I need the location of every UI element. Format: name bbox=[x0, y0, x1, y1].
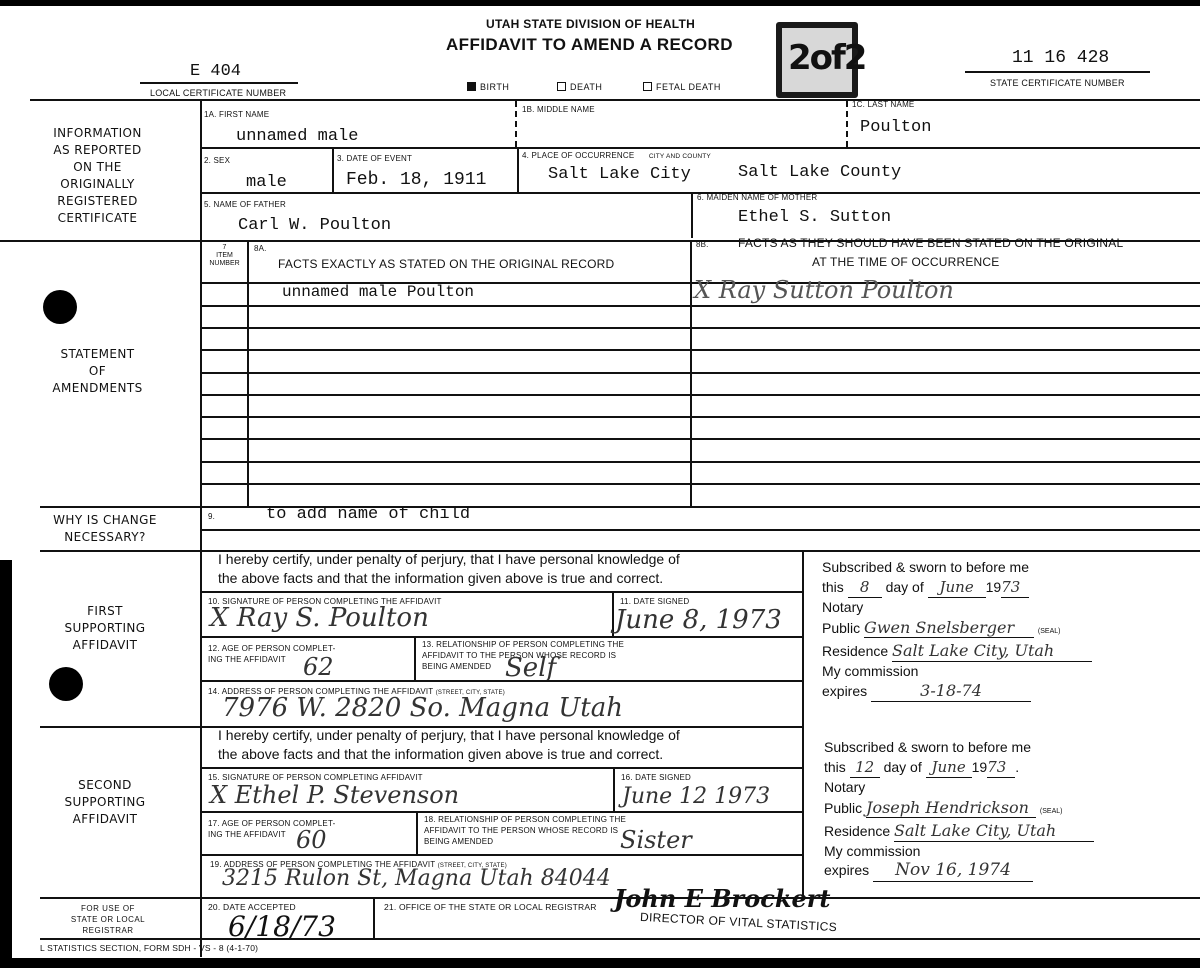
date-of-event-value[interactable]: Feb. 18, 1911 bbox=[346, 170, 486, 190]
divider bbox=[416, 811, 418, 855]
divider bbox=[200, 461, 1200, 463]
divider bbox=[517, 147, 519, 193]
divider bbox=[200, 416, 1200, 418]
local-cert-label: LOCAL CERTIFICATE NUMBER bbox=[150, 88, 286, 98]
item-number-header: 7 ITEM NUMBER bbox=[202, 244, 247, 268]
seal-label: (SEAL) bbox=[1040, 808, 1063, 815]
punch-hole-icon bbox=[43, 290, 77, 324]
scan-border-top bbox=[0, 0, 1200, 6]
agency-name: UTAH STATE DIVISION OF HEALTH bbox=[486, 17, 695, 31]
divider bbox=[200, 327, 1200, 329]
certification-text: I hereby certify, under penalty of perju… bbox=[218, 550, 680, 588]
notary-date-line: this 12 day of June1973. bbox=[824, 758, 1194, 779]
divider bbox=[515, 101, 517, 147]
father-label: 5. NAME OF FATHER bbox=[204, 200, 286, 209]
divider bbox=[200, 767, 802, 769]
record-type-death[interactable]: DEATH bbox=[557, 82, 602, 92]
record-type-fetal-death[interactable]: FETAL DEATH bbox=[643, 82, 721, 92]
last-name-value[interactable]: Poulton bbox=[860, 118, 931, 137]
notary-residence[interactable]: Salt Lake City, Utah bbox=[894, 821, 1094, 842]
last-name-label: 1C. LAST NAME bbox=[852, 100, 914, 109]
divider bbox=[332, 147, 334, 193]
record-type-label: BIRTH bbox=[480, 82, 509, 92]
notary-year[interactable]: 73 bbox=[987, 758, 1015, 779]
place-county-value[interactable]: Salt Lake County bbox=[738, 163, 901, 182]
notary-day[interactable]: 8 bbox=[848, 578, 882, 599]
notary1-block: Subscribed & sworn to before me this 8 d… bbox=[822, 558, 1192, 702]
section-label-registrar: FOR USE OF STATE OR LOCAL REGISTRAR bbox=[58, 903, 158, 936]
office-label: 21. OFFICE OF THE STATE OR LOCAL REGISTR… bbox=[384, 902, 597, 912]
divider bbox=[200, 636, 802, 638]
divider bbox=[802, 550, 804, 898]
date2-label: 16. DATE SIGNED bbox=[621, 773, 691, 782]
section-label-original-info: INFORMATION AS REPORTED ON THE ORIGINALL… bbox=[30, 125, 165, 227]
rel2-value[interactable]: Sister bbox=[620, 826, 692, 854]
divider bbox=[691, 192, 693, 238]
form-title: AFFIDAVIT TO AMEND A RECORD bbox=[446, 35, 733, 55]
age2-value[interactable]: 60 bbox=[296, 826, 327, 854]
divider bbox=[200, 811, 802, 813]
divider bbox=[140, 82, 298, 84]
rel1-value[interactable]: Self bbox=[505, 653, 556, 683]
divider bbox=[200, 438, 1200, 440]
place-label: 4. PLACE OF OCCURRENCE CITY AND COUNTY bbox=[522, 151, 711, 160]
age1-value[interactable]: 62 bbox=[303, 653, 334, 681]
checkbox-icon bbox=[557, 82, 566, 91]
notary-name[interactable]: Joseph Hendrickson bbox=[866, 798, 1036, 819]
divider bbox=[200, 854, 802, 856]
divider bbox=[200, 680, 802, 682]
page-stamp: 2of2 bbox=[776, 22, 858, 98]
notary-day[interactable]: 12 bbox=[850, 758, 880, 779]
notary-expires[interactable]: 3-18-74 bbox=[871, 681, 1031, 702]
divider bbox=[200, 349, 1200, 351]
col-8a-title: FACTS EXACTLY AS STATED ON THE ORIGINAL … bbox=[278, 257, 614, 271]
reason-num: 9. bbox=[208, 512, 215, 521]
notary-residence[interactable]: Salt Lake City, Utah bbox=[892, 641, 1092, 662]
local-cert-number: E 404 bbox=[190, 62, 241, 81]
date2-value[interactable]: June 12 1973 bbox=[622, 784, 770, 809]
notary-name[interactable]: Gwen Snelsberger bbox=[864, 618, 1034, 639]
addr1-value[interactable]: 7976 W. 2820 So. Magna Utah bbox=[222, 693, 623, 723]
scan-border-bottom bbox=[0, 958, 1200, 968]
date1-value[interactable]: June 8, 1973 bbox=[615, 605, 782, 635]
punch-hole-icon bbox=[49, 667, 83, 701]
first-name-value[interactable]: unnamed male bbox=[236, 127, 358, 146]
date-of-event-label: 3. DATE OF EVENT bbox=[337, 154, 412, 163]
divider bbox=[40, 938, 1200, 940]
place-label-text: 4. PLACE OF OCCURRENCE bbox=[522, 151, 634, 160]
divider bbox=[200, 99, 202, 957]
divider bbox=[200, 529, 1200, 531]
sex-label: 2. SEX bbox=[204, 156, 230, 165]
seal-label: (SEAL) bbox=[1038, 628, 1061, 635]
col-8b-title-2: AT THE TIME OF OCCURRENCE bbox=[812, 255, 999, 269]
form-id: L STATISTICS SECTION, FORM SDH - VS - 8 … bbox=[40, 943, 258, 953]
section-label-second-affidavit: SECOND SUPPORTING AFFIDAVIT bbox=[30, 777, 180, 828]
notary-expires[interactable]: Nov 16, 1974 bbox=[873, 861, 1033, 882]
checkbox-icon bbox=[643, 82, 652, 91]
divider bbox=[373, 897, 375, 939]
state-cert-number: 11 16 428 bbox=[1012, 48, 1109, 68]
divider bbox=[200, 305, 1200, 307]
amendment-original-value[interactable]: unnamed male Poulton bbox=[282, 283, 474, 301]
notary-month[interactable]: June bbox=[928, 578, 986, 599]
registrar-signature: John E Brockert bbox=[614, 884, 830, 913]
col-8a-num: 8A. bbox=[254, 244, 267, 253]
certification-text: I hereby certify, under penalty of perju… bbox=[218, 726, 680, 764]
place-sublabel: CITY AND COUNTY bbox=[649, 153, 711, 160]
notary-sworn-text: Subscribed & sworn to before me bbox=[822, 558, 1192, 578]
divider bbox=[613, 767, 615, 812]
rel2-label: 18. RELATIONSHIP OF PERSON COMPLETING TH… bbox=[424, 814, 626, 847]
col-8b-title-1: FACTS AS THEY SHOULD HAVE BEEN STATED ON… bbox=[738, 236, 1123, 250]
section-label-amendments: STATEMENT OF AMENDMENTS bbox=[30, 346, 165, 397]
divider bbox=[200, 372, 1200, 374]
divider bbox=[200, 483, 1200, 485]
divider bbox=[30, 99, 1200, 101]
record-type-label: FETAL DEATH bbox=[656, 82, 721, 92]
notary-month[interactable]: June bbox=[926, 758, 972, 779]
middle-name-label: 1B. MIDDLE NAME bbox=[522, 105, 595, 114]
stamp-text: 2of2 bbox=[788, 38, 865, 78]
scan-border-left bbox=[0, 560, 12, 968]
divider bbox=[612, 591, 614, 637]
sex-value[interactable]: male bbox=[246, 173, 287, 192]
record-type-birth[interactable]: BIRTH bbox=[467, 82, 509, 92]
divider bbox=[200, 147, 1200, 149]
notary-date-line: this 8 day of June1973 bbox=[822, 578, 1192, 599]
mother-value[interactable]: Ethel S. Sutton bbox=[738, 208, 891, 227]
reason-value[interactable]: to add name of child bbox=[266, 505, 470, 524]
divider bbox=[414, 636, 416, 681]
sig2-value[interactable]: X Ethel P. Stevenson bbox=[210, 781, 459, 809]
amendment-corrected-value[interactable]: X Ray Sutton Poulton bbox=[694, 276, 954, 304]
divider bbox=[846, 101, 848, 147]
divider bbox=[200, 394, 1200, 396]
divider bbox=[40, 506, 1200, 508]
section-label-first-affidavit: FIRST SUPPORTING AFFIDAVIT bbox=[30, 603, 180, 654]
first-name-label: 1A. FIRST NAME bbox=[204, 110, 269, 119]
sig1-value[interactable]: X Ray S. Poulton bbox=[210, 603, 429, 633]
registrar-title-stamp: DIRECTOR OF VITAL STATISTICS bbox=[640, 910, 838, 934]
divider bbox=[200, 591, 802, 593]
record-type-label: DEATH bbox=[570, 82, 602, 92]
notary-year[interactable]: 73 bbox=[1001, 578, 1029, 599]
father-value[interactable]: Carl W. Poulton bbox=[238, 216, 391, 235]
checkbox-checked-icon bbox=[467, 82, 476, 91]
place-city-value[interactable]: Salt Lake City bbox=[548, 165, 691, 184]
mother-label: 6. MAIDEN NAME OF MOTHER bbox=[697, 193, 817, 202]
divider bbox=[965, 71, 1150, 73]
section-label-why: WHY IS CHANGE NECESSARY? bbox=[30, 512, 180, 546]
col-8b-num: 8B. bbox=[696, 240, 709, 249]
addr2-value[interactable]: 3215 Rulon St, Magna Utah 84044 bbox=[222, 866, 611, 891]
notary-sworn-text: Subscribed & sworn to before me bbox=[824, 738, 1194, 758]
state-cert-label: STATE CERTIFICATE NUMBER bbox=[990, 78, 1125, 88]
notary2-block: Subscribed & sworn to before me this 12 … bbox=[824, 738, 1194, 882]
